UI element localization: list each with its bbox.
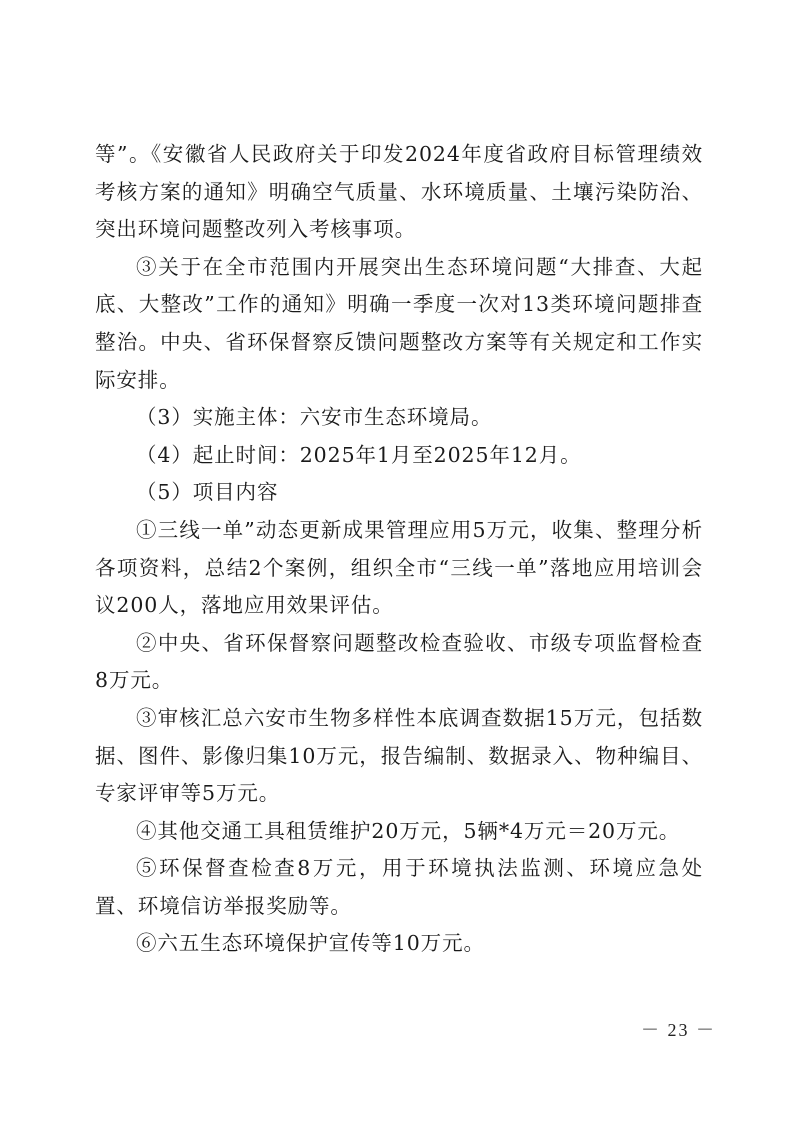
section-heading-project-content: （5）项目内容 — [95, 474, 703, 512]
paragraph-notice-item-3: ③关于在全市范围内开展突出生态环境问题“大排查、大起底、大整改”工作的通知》明确… — [95, 249, 703, 399]
paragraph-content-item-2: ②中央、省环保督察问题整改检查验收、市级专项监督检查8万元。 — [95, 625, 703, 700]
paragraph-content-item-3: ③审核汇总六安市生物多样性本底调查数据15万元，包括数据、图件、影像归集10万元… — [95, 700, 703, 813]
paragraph-implementer: （3）实施主体：六安市生态环境局。 — [95, 399, 703, 437]
paragraph-period: （4）起止时间：2025年1月至2025年12月。 — [95, 437, 703, 475]
paragraph-content-item-6: ⑥六五生态环境保护宣传等10万元。 — [95, 925, 703, 963]
paragraph-continuation: 等”。《安徽省人民政府关于印发2024年度省政府目标管理绩效考核方案的通知》明确… — [95, 136, 703, 249]
paragraph-content-item-5: ⑤环保督查检查8万元，用于环境执法监测、环境应急处置、环境信访举报奖励等。 — [95, 850, 703, 925]
document-body: 等”。《安徽省人民政府关于印发2024年度省政府目标管理绩效考核方案的通知》明确… — [95, 136, 703, 963]
page-number: － 23 － — [641, 1016, 716, 1042]
paragraph-content-item-1: ①三线一单”动态更新成果管理应用5万元，收集、整理分析各项资料，总结2个案例，组… — [95, 512, 703, 625]
paragraph-content-item-4: ④其他交通工具租赁维护20万元，5辆*4万元＝20万元。 — [95, 813, 703, 851]
